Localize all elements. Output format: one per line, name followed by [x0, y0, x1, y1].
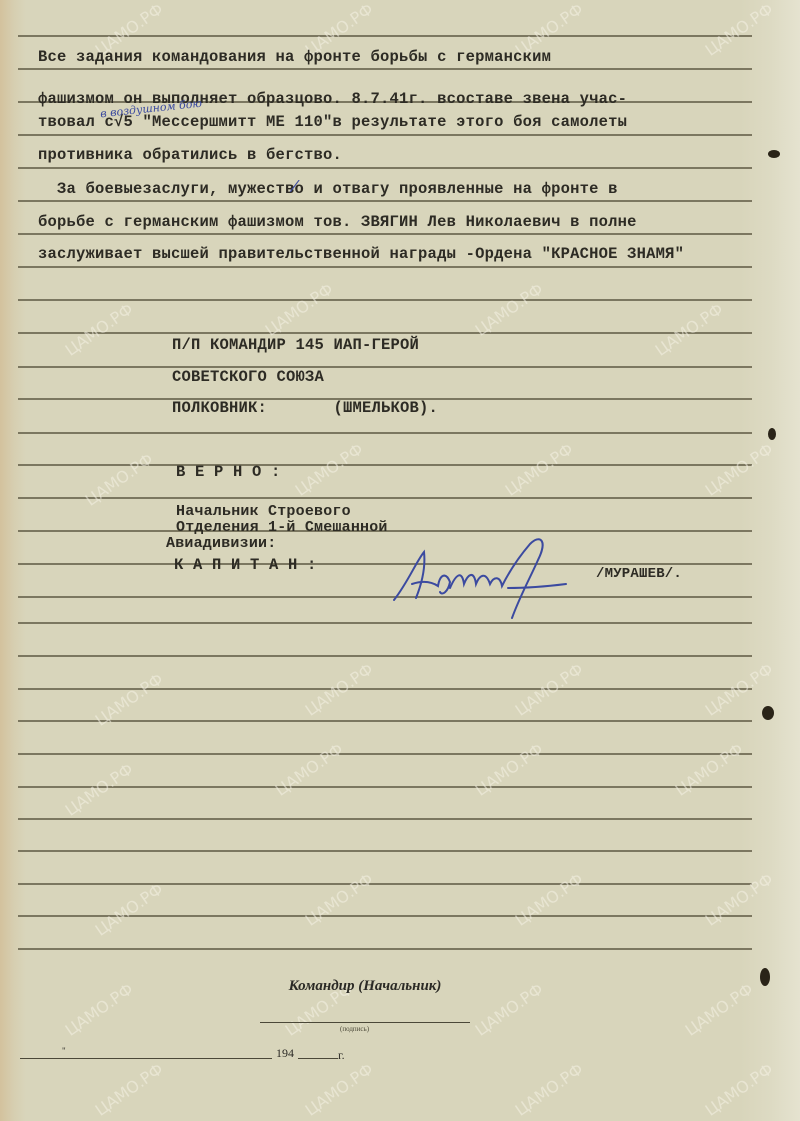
- watermark: ЦАМО.РФ: [512, 1059, 587, 1119]
- watermark: ЦАМО.РФ: [92, 1059, 167, 1119]
- ruled-line: [18, 299, 752, 301]
- cert-line-2: Отделения 1-й Смешанной: [176, 519, 388, 536]
- ruled-line: [18, 366, 752, 368]
- ruled-line: [18, 200, 752, 202]
- commander-line-2: СОВЕТСКОГО СОЮЗА: [172, 368, 324, 386]
- ruled-line: [18, 883, 752, 885]
- watermark: ЦАМО.РФ: [502, 439, 577, 499]
- ruled-line: [18, 233, 752, 235]
- ruled-line: [18, 68, 752, 70]
- ruled-line: [18, 563, 752, 565]
- ruled-line: [18, 596, 752, 598]
- ruled-line: [18, 464, 752, 466]
- ruled-line: [18, 332, 752, 334]
- watermark: ЦАМО.РФ: [702, 0, 777, 60]
- body-line-5: За боевыезаслуги, мужество и отвагу проя…: [38, 180, 618, 198]
- watermark: ЦАМО.РФ: [82, 449, 157, 509]
- punch-hole-2: [768, 428, 776, 440]
- body-line-4: противника обратились в бегство.: [38, 146, 342, 164]
- punch-hole-4: [760, 968, 770, 986]
- body-line-6: борьбе с германским фашизмом тов. ЗВЯГИН…: [38, 213, 637, 231]
- ruled-line: [18, 850, 752, 852]
- signature-caption: (подпись): [340, 1025, 369, 1033]
- ruled-line: [18, 786, 752, 788]
- ruled-line: [18, 35, 752, 37]
- rank-label: К А П И Т А Н :: [174, 556, 317, 574]
- commander-line-3: ПОЛКОВНИК: (ШМЕЛЬКОВ).: [172, 399, 438, 417]
- signer-name: /МУРАШЕВ/.: [596, 566, 682, 582]
- watermark: ЦАМО.РФ: [652, 299, 727, 359]
- ruled-line: [18, 688, 752, 690]
- cert-line-1: Начальник Строевого: [176, 503, 351, 520]
- ruled-line: [18, 134, 752, 136]
- document-page: ЦАМО.РФЦАМО.РФЦАМО.РФЦАМО.РФЦАМО.РФЦАМО.…: [0, 0, 800, 1121]
- watermark: ЦАМО.РФ: [672, 739, 747, 799]
- watermark: ЦАМО.РФ: [62, 299, 137, 359]
- ruled-line: [18, 915, 752, 917]
- watermark: ЦАМО.РФ: [512, 869, 587, 929]
- commander-line-1: П/П КОМАНДИР 145 ИАП-ГЕРОЙ: [172, 336, 419, 354]
- signature-scribble: [390, 530, 600, 620]
- ruled-line: [18, 497, 752, 499]
- ruled-line: [18, 818, 752, 820]
- punch-hole-3: [762, 706, 774, 720]
- watermark: ЦАМО.РФ: [702, 439, 777, 499]
- watermark: ЦАМО.РФ: [302, 869, 377, 929]
- punch-hole-1: [768, 150, 780, 158]
- ruled-line: [18, 720, 752, 722]
- verno-label: В Е Р Н О :: [176, 463, 281, 481]
- watermark: ЦАМО.РФ: [292, 439, 367, 499]
- date-year-prefix: 194: [276, 1046, 294, 1061]
- date-year-suffix: г.: [338, 1048, 345, 1063]
- ruled-line: [18, 948, 752, 950]
- watermark: ЦАМО.РФ: [472, 279, 547, 339]
- ruled-line: [18, 753, 752, 755]
- watermark: ЦАМО.РФ: [62, 759, 137, 819]
- watermark: ЦАМО.РФ: [472, 739, 547, 799]
- body-line-7: заслуживает высшей правительственной наг…: [38, 245, 684, 263]
- date-line: [20, 1058, 272, 1059]
- body-line-1: Все задания командования на фронте борьб…: [38, 48, 551, 66]
- watermark: ЦАМО.РФ: [702, 869, 777, 929]
- watermark: ЦАМО.РФ: [92, 879, 167, 939]
- watermark: ЦАМО.РФ: [702, 1059, 777, 1119]
- date-quote: ": [62, 1046, 66, 1056]
- ruled-line: [18, 432, 752, 434]
- watermark: ЦАМО.РФ: [302, 1059, 377, 1119]
- cert-line-3: Авиадивизии:: [166, 535, 276, 552]
- ruled-line: [18, 655, 752, 657]
- watermark: ЦАМО.РФ: [272, 739, 347, 799]
- ruled-line: [18, 167, 752, 169]
- ruled-line: [18, 266, 752, 268]
- watermark: ЦАМО.РФ: [262, 279, 337, 339]
- signature-line: [260, 1022, 470, 1023]
- ruled-line: [18, 622, 752, 624]
- footer-title: Командир (Начальник): [0, 978, 730, 995]
- date-year-line: [298, 1058, 338, 1059]
